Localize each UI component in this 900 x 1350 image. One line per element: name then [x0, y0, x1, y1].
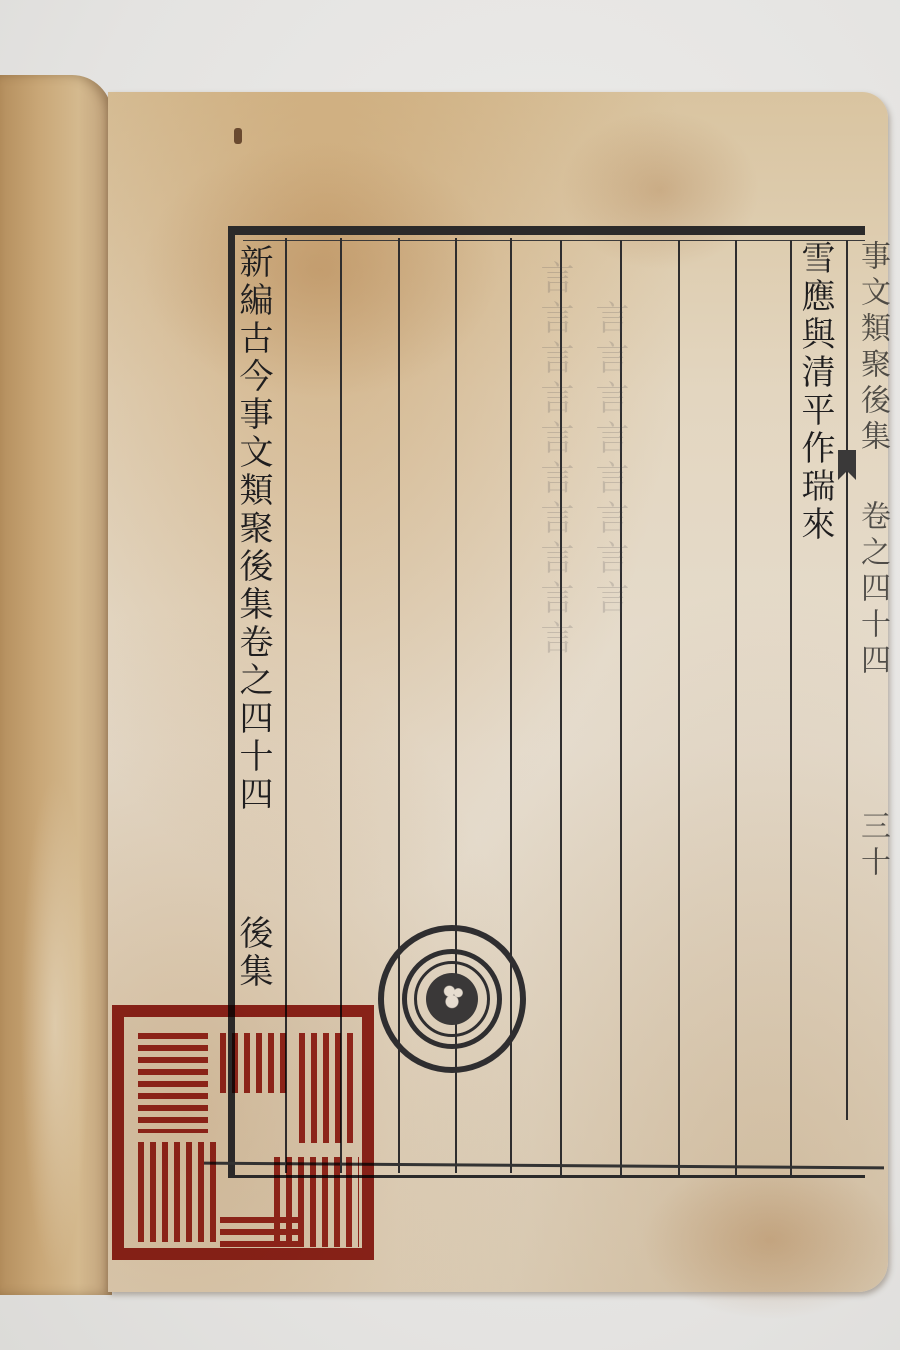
round-ink-seal: [378, 925, 526, 1073]
seal-glyph-stroke: [299, 1033, 359, 1143]
paper-blemish: [234, 128, 242, 144]
seal-glyph-stroke: [220, 1033, 290, 1093]
left-book-leaf: [0, 75, 112, 1295]
edge-page-number: 三十: [850, 810, 894, 882]
show-through-text: 言言言言言言言言: [585, 300, 634, 620]
column-rule: [678, 240, 680, 1175]
title-column-footer: 後集: [236, 915, 270, 991]
first-text-column: 雪應與清平作瑞來: [798, 240, 832, 544]
edge-volume-number: 卷之四十四: [850, 500, 894, 680]
column-rule: [735, 240, 737, 1175]
seal-core-motif: [426, 973, 478, 1025]
column-rule: [846, 240, 848, 1120]
column-rule: [790, 240, 792, 1175]
seal-glyph-stroke: [138, 1033, 208, 1133]
edge-margin-title: 事文類聚後集: [850, 240, 894, 456]
water-stain: [640, 1160, 900, 1320]
title-column: 新編古今事文類聚後集卷之四十四: [236, 244, 270, 814]
inner-border-line: [243, 240, 865, 241]
show-through-text: 言言言言言言言言言言: [530, 260, 579, 660]
red-square-seal: [112, 1005, 374, 1260]
seal-glyph-stroke: [138, 1142, 218, 1242]
seal-glyph-stroke: [220, 1217, 300, 1247]
